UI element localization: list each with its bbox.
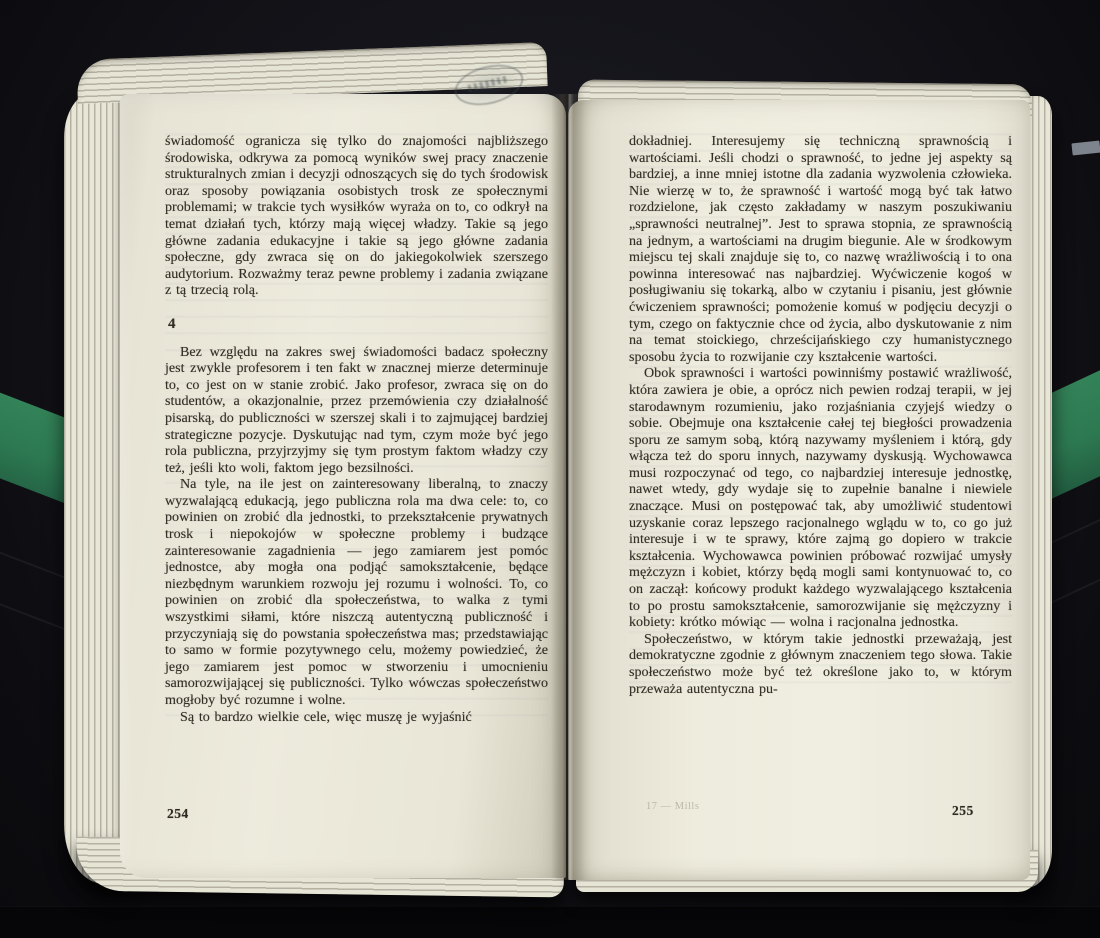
printer-signature-mark: 17 — Mills <box>646 801 699 812</box>
page-stack-left-edge <box>64 92 122 884</box>
book-photo-scene: świadomość ogranicza się tylko do znajom… <box>0 0 1100 938</box>
left-page-text: świadomość ogranicza się tylko do znajom… <box>165 133 548 725</box>
page-number-right: 255 <box>952 803 974 819</box>
paragraph: świadomość ogranicza się tylko do znajom… <box>165 133 548 299</box>
paragraph: Bez względu na zakres swej świadomości b… <box>165 344 548 477</box>
right-page-text: dokładniej. Interesujemy się techniczną … <box>629 133 1012 697</box>
paragraph: dokładniej. Interesujemy się techniczną … <box>629 133 1012 365</box>
paragraph: Na tyle, na ile jest on zainteresowany l… <box>165 476 548 708</box>
background-object <box>1071 141 1100 156</box>
table-edge-shadow <box>0 906 1100 938</box>
paragraph: Są to bardzo wielkie cele, więc muszę je… <box>165 709 548 726</box>
paragraph: Społeczeństwo, w którym takie jednostki … <box>629 631 1012 697</box>
section-heading: 4 <box>168 316 548 333</box>
paragraph: Obok sprawności i wartości powinniśmy po… <box>629 365 1012 631</box>
page-number-left: 254 <box>167 806 189 822</box>
